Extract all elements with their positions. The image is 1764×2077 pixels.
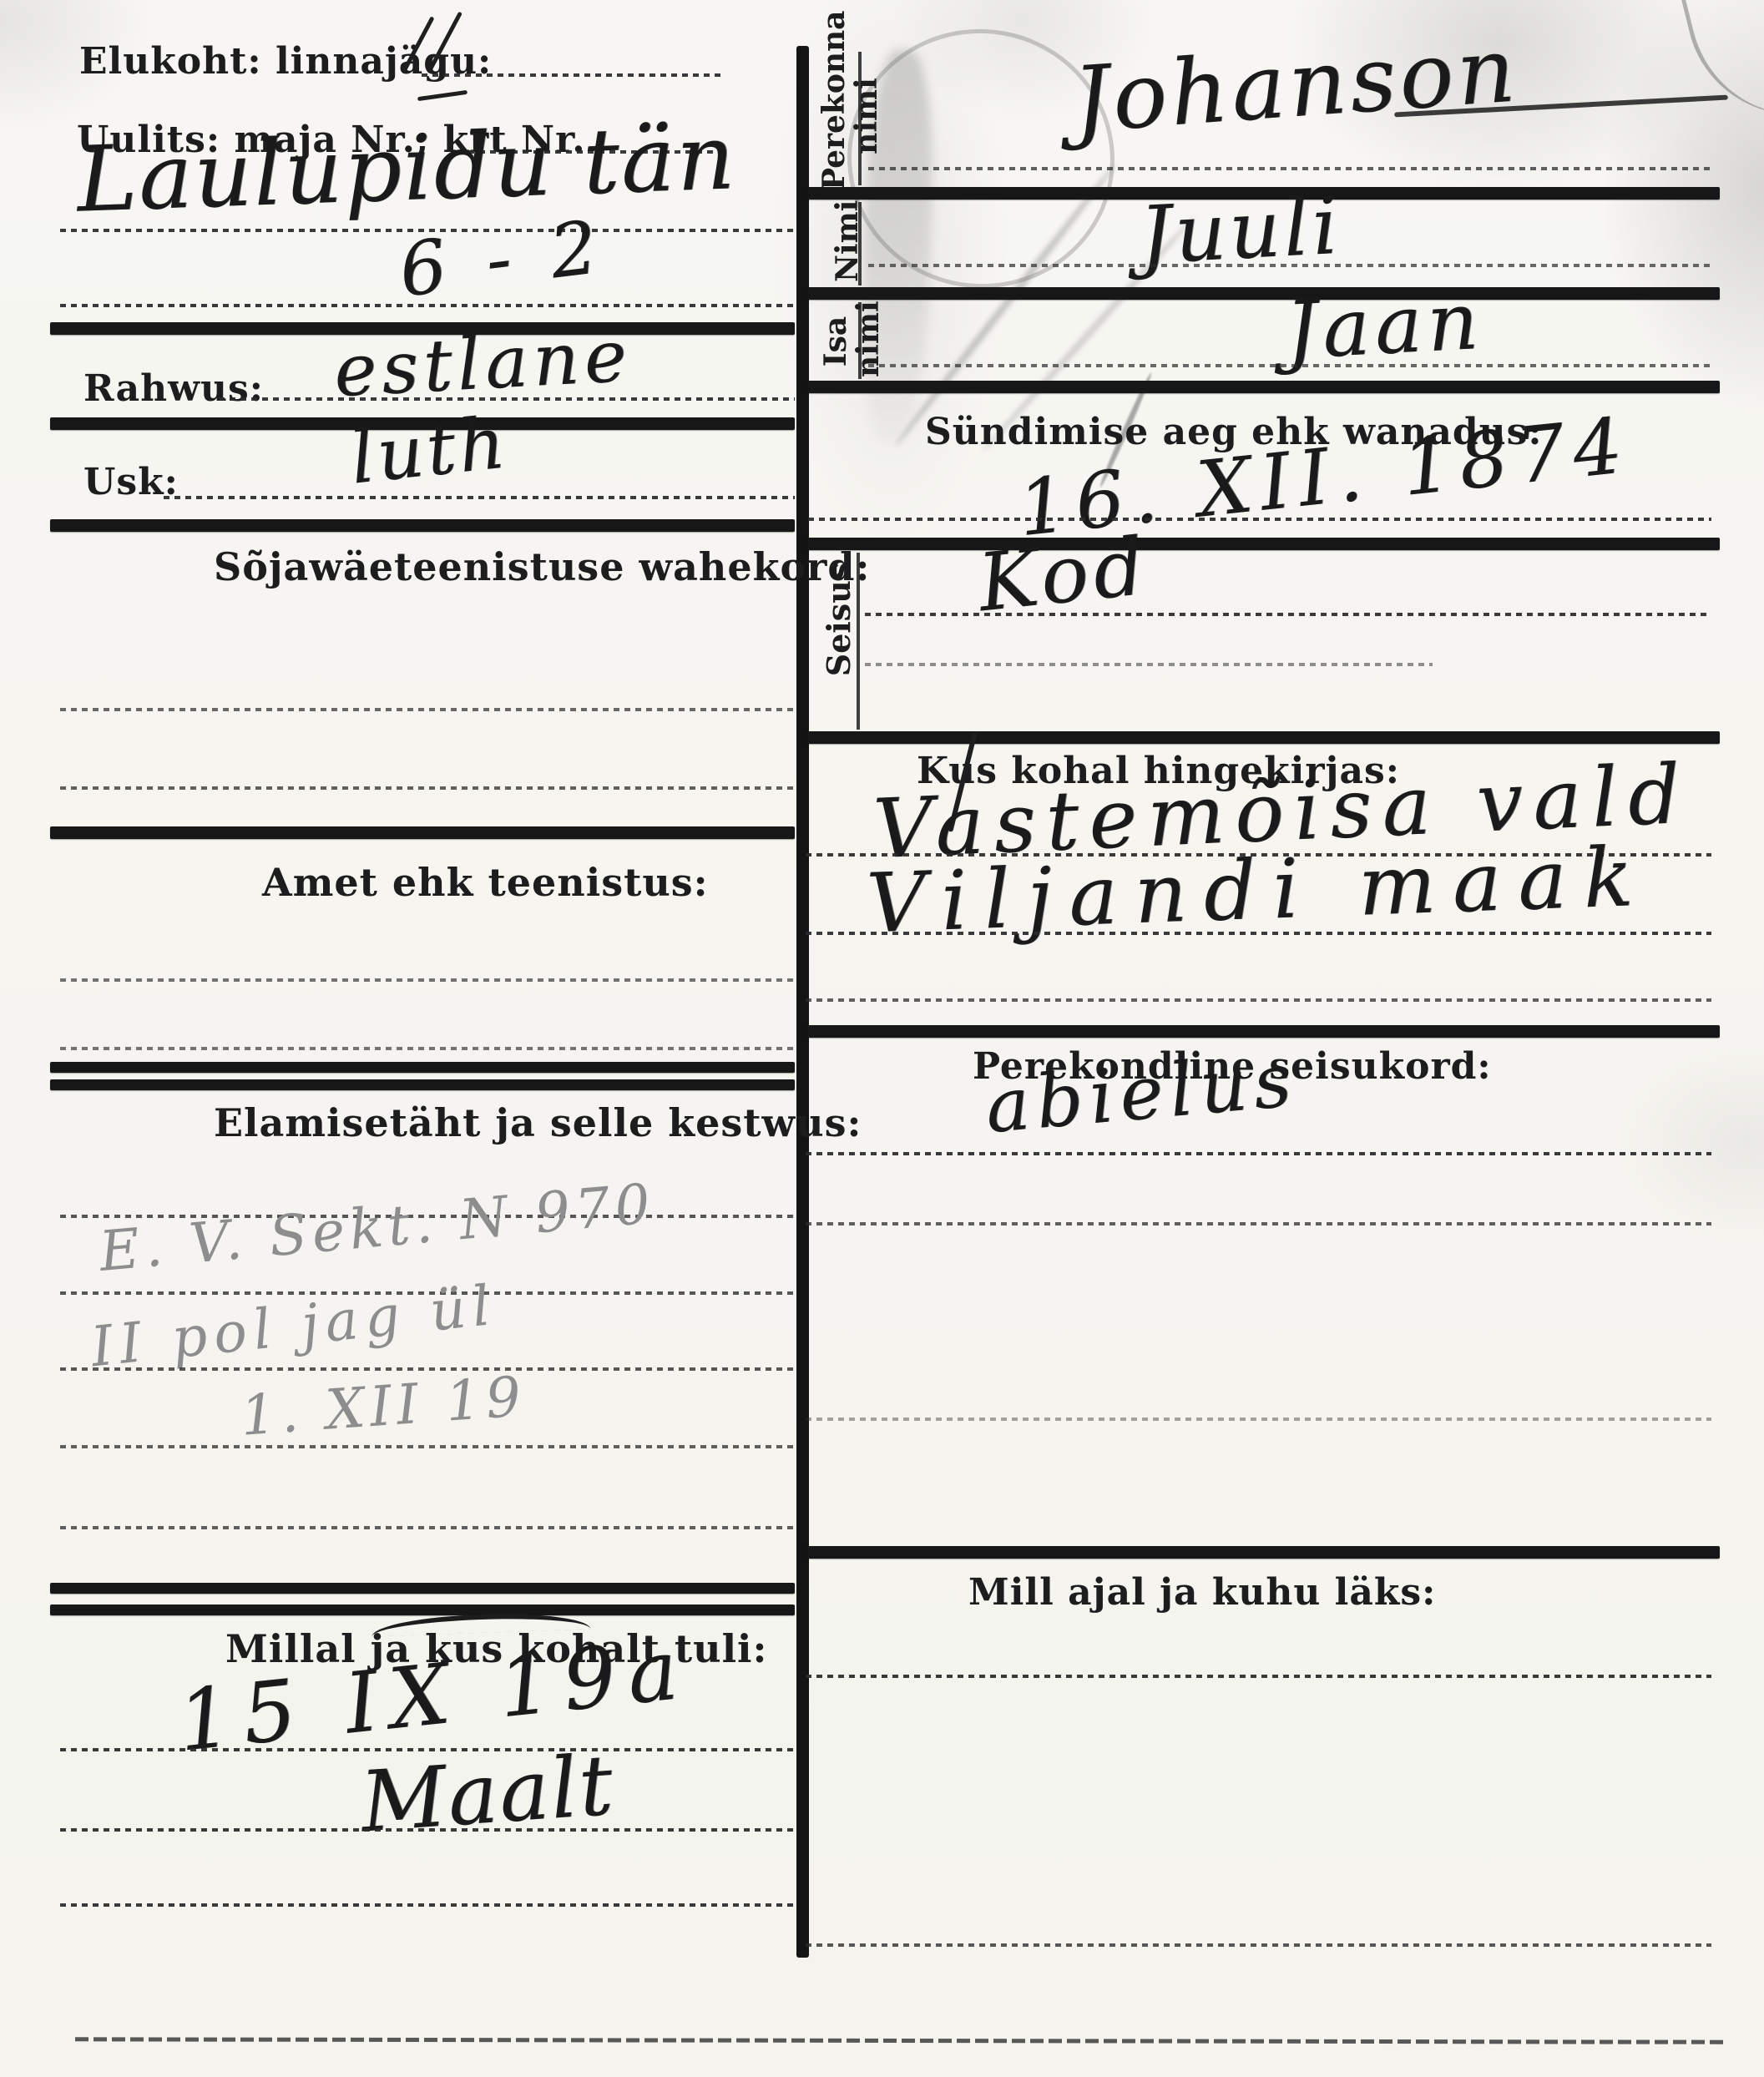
dotted-line [60, 708, 795, 711]
registration-card-scan: Elukoht: linnajägu: Uulits: maja Nr., kr… [0, 0, 1764, 2077]
dotted-line [60, 304, 795, 307]
dotted-line [60, 1828, 795, 1832]
residence-permit-label: Elamisetäht ja selle kestwus: [214, 1100, 862, 1145]
military-service-label: Sõjawäeteenistuse wahekord: [214, 544, 871, 589]
dotted-line [60, 1903, 795, 1907]
rule-bar [808, 731, 1720, 744]
dotted-line [806, 1943, 1711, 1947]
ink-mark [417, 90, 468, 101]
permit-note-handwriting: E. V. Sekt. N 970 [97, 1171, 658, 1284]
dotted-line [806, 1675, 1711, 1678]
dotted-line [806, 932, 1711, 935]
label-separator-line [858, 202, 862, 286]
permit-note-handwriting: II pol jag ül [88, 1273, 499, 1380]
label-separator-line [857, 553, 860, 730]
religion-handwriting: luth [346, 401, 512, 500]
rule-bar [808, 287, 1720, 300]
dotted-line [60, 786, 795, 790]
permit-note-handwriting: 1. XII 19 [239, 1364, 528, 1448]
departure-label: Mill ajal ja kuhu läks: [968, 1571, 1436, 1614]
corner-crease [1677, 0, 1764, 138]
dotted-line [806, 1418, 1711, 1421]
occupation-label: Amet ehk teenistus: [262, 860, 709, 905]
dotted-line [806, 1222, 1711, 1225]
status-label: Seisus [821, 561, 856, 678]
dotted-line [60, 1445, 795, 1448]
dotted-line [164, 496, 795, 499]
dotted-line [60, 1526, 795, 1529]
pencil-streak [892, 161, 1120, 448]
dotted-line [808, 518, 1711, 521]
dotted-line [422, 73, 722, 77]
dotted-line [868, 167, 1711, 170]
label-separator-line [858, 52, 862, 185]
column-divider [796, 46, 809, 1958]
surname-handwriting: Johanson [1069, 18, 1521, 154]
rule-bar [50, 1079, 795, 1090]
arrival-place-handwriting: Maalt [357, 1736, 617, 1852]
dotted-line [865, 663, 1433, 666]
nationality-handwriting: estlane [332, 315, 634, 414]
dotted-line [806, 1152, 1711, 1155]
dotted-line [868, 264, 1711, 267]
father-name-handwriting: Jaan [1283, 275, 1485, 377]
rule-bar [50, 1583, 795, 1594]
rule-bar [808, 1025, 1720, 1038]
nationality-label: Rahwus: [83, 367, 264, 410]
rule-bar [50, 519, 795, 532]
rule-bar [808, 381, 1720, 393]
rule-bar [50, 1604, 795, 1615]
rule-bar [50, 826, 795, 839]
rule-bar [50, 1062, 795, 1073]
bottom-edge-line [75, 2037, 1724, 2044]
rule-bar [808, 1546, 1720, 1559]
label-separator-line [858, 302, 862, 379]
street-value-handwriting: Laulupidu tän [75, 105, 738, 232]
dotted-line [60, 978, 795, 982]
dotted-line [865, 613, 1711, 616]
dotted-line [60, 1047, 795, 1050]
dotted-line [806, 998, 1711, 1002]
dotted-line [868, 364, 1711, 367]
rule-bar [808, 538, 1720, 550]
